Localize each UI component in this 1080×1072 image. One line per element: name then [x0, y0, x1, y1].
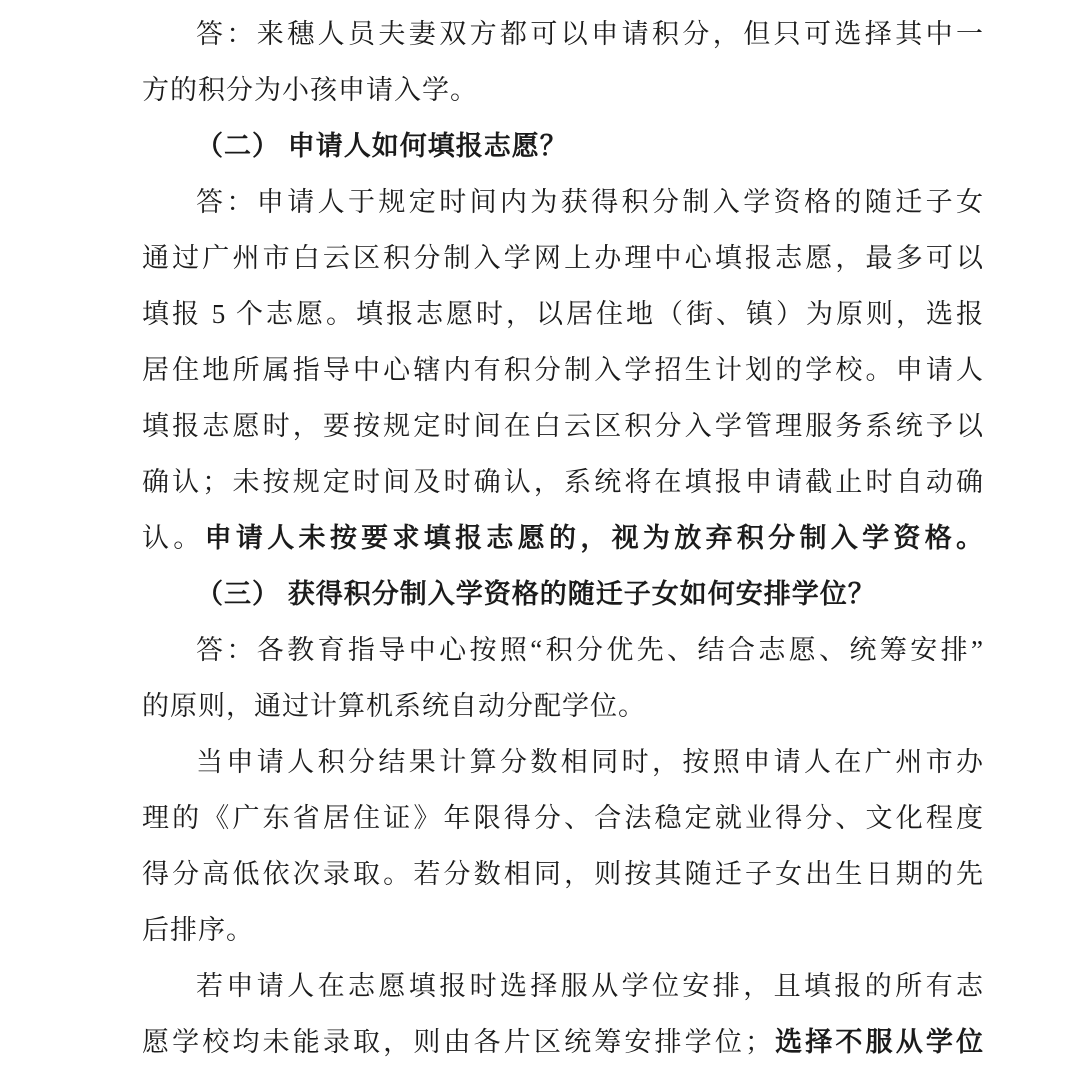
body-text: 理的《广东省居住证》年限得分、合法稳定就业得分、文化程度 — [142, 803, 984, 833]
body-text: 填报志愿时，要按规定时间在白云区积分入学管理服务系统予以 — [142, 411, 984, 441]
body-text: 答：来穗人员夫妻双方都可以申请积分，但只可选择其中一 — [196, 19, 984, 49]
text-line: 理的《广东省居住证》年限得分、合法稳定就业得分、文化程度 — [142, 790, 984, 846]
body-text: 答：申请人于规定时间内为获得积分制入学资格的随迁子女 — [196, 187, 984, 217]
body-text: 得分高低依次录取。若分数相同，则按其随迁子女出生日期的先 — [142, 859, 984, 889]
section-heading: （三） 获得积分制入学资格的随迁子女如何安排学位？ — [142, 566, 984, 622]
body-text: 方的积分为小孩申请入学。 — [142, 75, 478, 105]
text-line: 填报 5 个志愿。填报志愿时，以居住地（街、镇）为原则，选报 — [142, 286, 984, 342]
text-line: 答：各教育指导中心按照“积分优先、结合志愿、统筹安排” — [142, 622, 984, 678]
emphasis-text: （三） 获得积分制入学资格的随迁子女如何安排学位？ — [196, 579, 876, 609]
section-heading: （二） 申请人如何填报志愿？ — [142, 118, 984, 174]
emphasis-text: 选择不服从学位 — [773, 1027, 984, 1057]
document-text-block: 答：来穗人员夫妻双方都可以申请积分，但只可选择其中一方的积分为小孩申请入学。（二… — [142, 6, 984, 1070]
emphasis-text: （二） 申请人如何填报志愿？ — [196, 131, 568, 161]
text-line: 答：来穗人员夫妻双方都可以申请积分，但只可选择其中一 — [142, 6, 984, 62]
body-text: 的原则，通过计算机系统自动分配学位。 — [142, 691, 646, 721]
text-line: 后排序。 — [142, 902, 984, 958]
emphasis-text: 申请人未按要求填报志愿的，视为放弃积分制入学资格。 — [205, 523, 984, 553]
text-line: 确认；未按规定时间及时确认，系统将在填报申请截止时自动确 — [142, 454, 984, 510]
body-text: 后排序。 — [142, 915, 254, 945]
text-line: 的原则，通过计算机系统自动分配学位。 — [142, 678, 984, 734]
body-text: 愿学校均未能录取，则由各片区统筹安排学位； — [142, 1027, 773, 1057]
body-text: 确认；未按规定时间及时确认，系统将在填报申请截止时自动确 — [142, 467, 984, 497]
text-line: 居住地所属指导中心辖内有积分制入学招生计划的学校。申请人 — [142, 342, 984, 398]
text-line: 当申请人积分结果计算分数相同时，按照申请人在广州市办 — [142, 734, 984, 790]
text-line: 得分高低依次录取。若分数相同，则按其随迁子女出生日期的先 — [142, 846, 984, 902]
body-text: 居住地所属指导中心辖内有积分制入学招生计划的学校。申请人 — [142, 355, 984, 385]
text-line: 方的积分为小孩申请入学。 — [142, 62, 984, 118]
body-text: 若申请人在志愿填报时选择服从学位安排，且填报的所有志 — [196, 971, 984, 1001]
body-text: 当申请人积分结果计算分数相同时，按照申请人在广州市办 — [196, 747, 984, 777]
text-line: 填报志愿时，要按规定时间在白云区积分入学管理服务系统予以 — [142, 398, 984, 454]
text-line: 若申请人在志愿填报时选择服从学位安排，且填报的所有志 — [142, 958, 984, 1014]
text-line: 通过广州市白云区积分制入学网上办理中心填报志愿，最多可以 — [142, 230, 984, 286]
text-line: 认。申请人未按要求填报志愿的，视为放弃积分制入学资格。 — [142, 510, 984, 566]
body-text: 认。 — [142, 523, 205, 553]
text-line: 愿学校均未能录取，则由各片区统筹安排学位；选择不服从学位 — [142, 1014, 984, 1070]
body-text: 通过广州市白云区积分制入学网上办理中心填报志愿，最多可以 — [142, 243, 984, 273]
text-line: 答：申请人于规定时间内为获得积分制入学资格的随迁子女 — [142, 174, 984, 230]
body-text: 答：各教育指导中心按照“积分优先、结合志愿、统筹安排” — [196, 635, 984, 665]
body-text: 填报 5 个志愿。填报志愿时，以居住地（街、镇）为原则，选报 — [142, 299, 984, 329]
document-page: 答：来穗人员夫妻双方都可以申请积分，但只可选择其中一方的积分为小孩申请入学。（二… — [0, 0, 1080, 1072]
